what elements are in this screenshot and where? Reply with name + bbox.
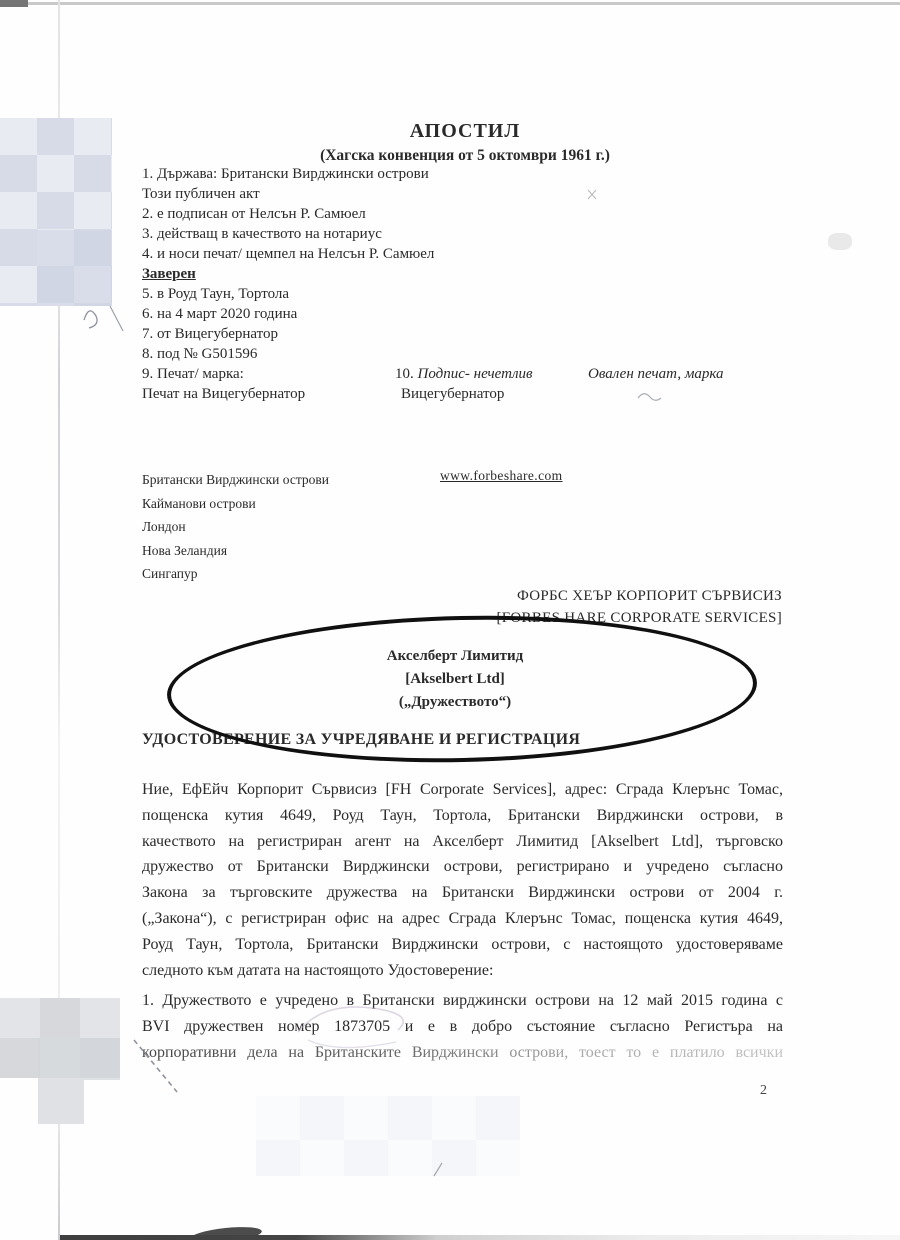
pencil-squiggle-icon [84, 311, 97, 328]
pencil-scribble-icon [308, 1040, 396, 1048]
scanned-apostille-page: АПОСТИЛ (Хагска конвенция от 5 октомври … [0, 0, 900, 1240]
pencil-marks-overlay [0, 0, 900, 1240]
pencil-slash-icon [110, 306, 123, 331]
pencil-tick-icon [434, 1163, 442, 1176]
pencil-scribble-icon [298, 1007, 403, 1032]
pencil-check-icon [638, 394, 661, 401]
scan-bottom-edge [60, 1235, 900, 1240]
pencil-x-mark-icon [588, 190, 596, 199]
pencil-dashed-line-icon [134, 1040, 177, 1092]
